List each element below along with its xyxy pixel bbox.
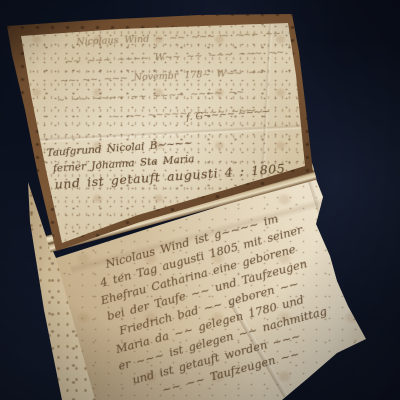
photo-scene: Nicolaus Wind ist g~~~~ im 4 ten Tag aug… xyxy=(0,0,400,400)
top-page-faded-handwriting: Nicolaus Wind ~ ~~ ~~~ ~ ~~~ ~~ ~~ ~~~ ~… xyxy=(50,23,316,129)
